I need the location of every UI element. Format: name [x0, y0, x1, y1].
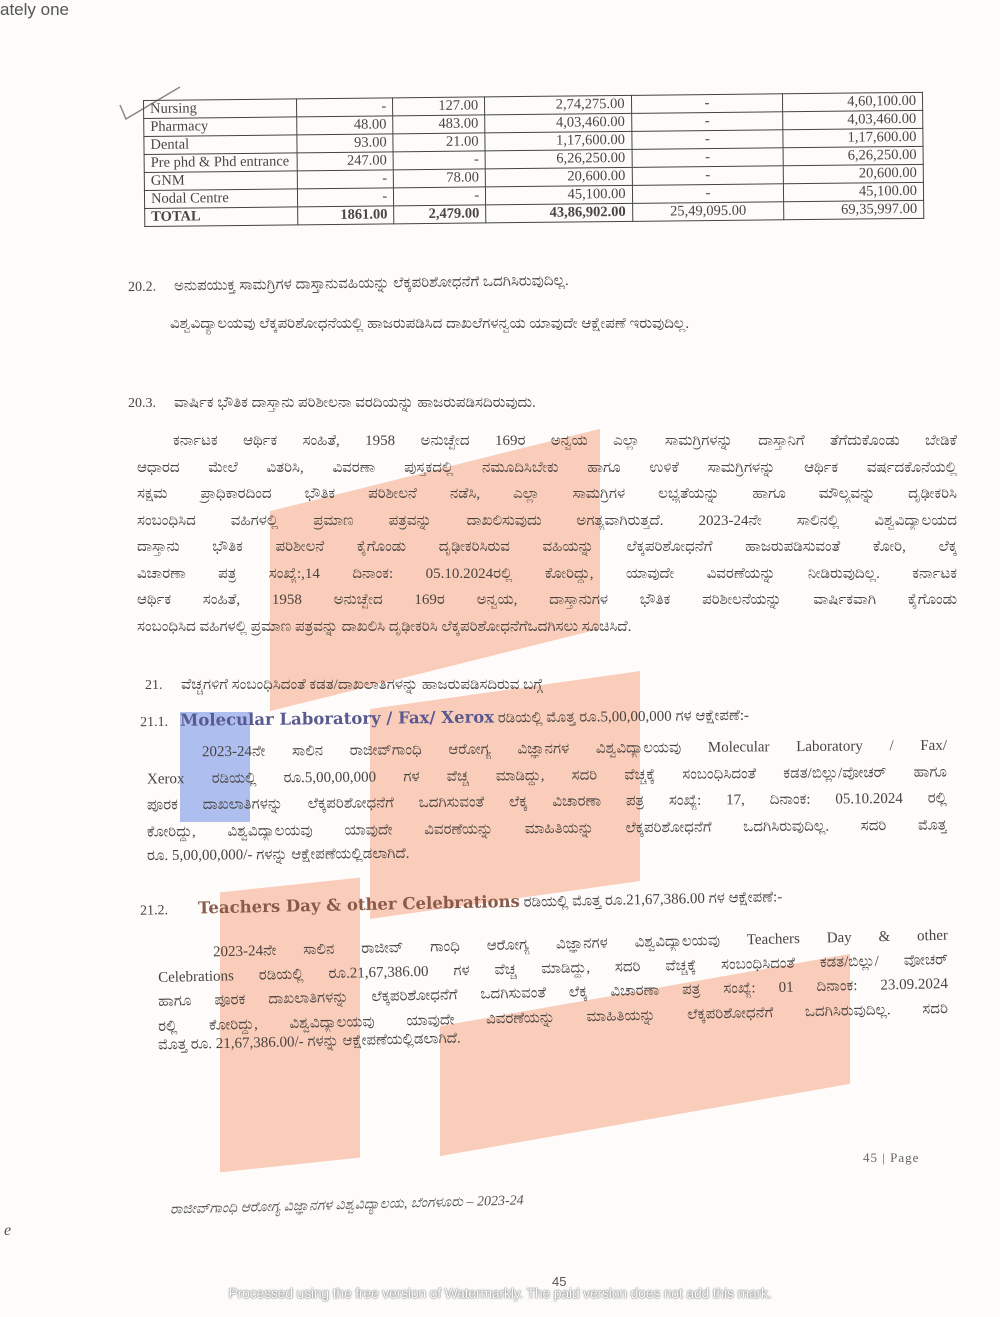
table-cell: 48.00 [297, 116, 393, 135]
paragraph-line: ಕೋರಿದ್ದು, ವಿಶ್ವವಿದ್ಯಾಲಯವು ಯಾವುದೇ ವಿವರಣೆಯ… [147, 816, 947, 841]
paragraph-line: ಪೂರಕ ದಾಖಲಾತಿಗಳನ್ನು ಲೆಕ್ಕಪರಿಶೋಧನೆಗೆ ಒದಗಿಸ… [147, 790, 947, 815]
table-cell: 1861.00 [298, 206, 394, 225]
section-21-1-heading: 21.1.Molecular Laboratory / Fax/ Xerox ರ… [140, 705, 749, 731]
table-cell: 45,100.00 [486, 185, 633, 205]
table-cell: - [632, 148, 784, 168]
paragraph-line: ಸಕ್ಷಮ ಪ್ರಾಧಿಕಾರದಿಂದ ಭೌತಿಕ ಪರಿಶೀಲನೆ ನಡೆಸಿ… [137, 485, 957, 503]
paragraph-line: ಆಧಾರದ ಮೇಲೆ ವಿತರಿಸಿ, ವಿವರಣಾ ಪುಸ್ತಕದಲ್ಲಿ ನ… [137, 459, 957, 477]
page-fragment-text: ately one [0, 0, 69, 20]
section-21-2-heading: 21.2.Teachers Day & other Celebrations ರ… [140, 886, 783, 919]
watermark-text: Processed using the free version of Wate… [0, 1285, 1000, 1301]
table-cell: 247.00 [297, 152, 393, 171]
section-21-heading: 21.ವೆಚ್ಚಗಳಿಗೆ ಸಂಬಂಧಿಸಿದಂತೆ ಕಡತ/ದಾಖಲಾತಿಗಳ… [145, 676, 543, 694]
table-cell: 4,60,100.00 [783, 92, 923, 111]
paragraph-line: ಕರ್ನಾಟಕ ಆರ್ಥಿಕ ಸಂಹಿತೆ, 1958 ಅನುಚ್ಛೇದ 169… [173, 432, 957, 450]
paragraph-line: ಸಂಬಂಧಿಸಿದ ವಹಿಗಳಲ್ಲಿ ಪ್ರಮಾಣ ಪತ್ರವನ್ನು ದಾಖ… [137, 512, 957, 530]
table-cell: TOTAL [145, 207, 298, 227]
table-cell: - [296, 98, 392, 117]
paragraph-line: Xerox ರಡಿಯಲ್ಲಿ ರೂ.5,00,00,000 ಗಳ ವೆಚ್ಚ ಮ… [147, 763, 947, 788]
table-cell: Nodal Centre [144, 189, 297, 209]
paragraph-line: 2023-24ನೇ ಸಾಲಿನ ರಾಜೀವ್‌ಗಾಂಧಿ ಆರೋಗ್ಯ ವಿಜ್… [202, 737, 947, 762]
table-cell: 21.00 [393, 133, 485, 152]
section-20-2-heading: 20.2.ಅನುಪಯುಕ್ತ ಸಾಮಗ್ರಿಗಳ ದಾಸ್ತಾನುವಹಿಯನ್ನ… [128, 272, 569, 296]
table-cell: GNM [144, 171, 297, 191]
edge-letter: e [4, 1222, 11, 1240]
table-cell: 43,86,902.00 [486, 203, 633, 223]
table-cell: 1,17,600.00 [485, 131, 632, 151]
table-cell: - [631, 94, 783, 114]
table-cell: 45,100.00 [784, 182, 924, 201]
table-cell: 483.00 [393, 115, 485, 134]
section-20-3-heading: 20.3.ವಾರ್ಷಿಕ ಭೌತಿಕ ದಾಸ್ತಾನು ಪರಿಶೀಲನಾ ವರದ… [128, 394, 536, 412]
paragraph-line: ವಿಚಾರಣಾ ಪತ್ರ ಸಂಖ್ಯೆ:,14 ದಿನಾಂಕ: 05.10.20… [137, 565, 957, 583]
paragraph-line: ದಾಸ್ತಾನು ಭೌತಿಕ ಪರಿಶೀಲನೆ ಕೈಗೊಂಡು ದೃಢೀಕರಿಸ… [137, 538, 957, 556]
table-cell: - [297, 188, 393, 207]
table-cell: - [632, 166, 784, 186]
table-cell: - [394, 187, 486, 206]
table-cell: 6,26,250.00 [783, 146, 923, 165]
table-cell: 2,479.00 [394, 205, 486, 224]
table-cell: 93.00 [297, 134, 393, 153]
table-cell: 127.00 [393, 97, 485, 116]
table-cell: Nursing [144, 99, 297, 119]
table-cell: Pharmacy [144, 117, 297, 137]
summary-table: Nursing-127.002,74,275.00-4,60,100.00Pha… [143, 92, 924, 227]
page-number-label: 45 | Page [863, 1150, 919, 1166]
table-cell: Dental [144, 135, 297, 155]
paragraph-line: ಸಂಬಂಧಿಸಿದ ವಹಿಗಳಲ್ಲಿ ಪ್ರಮಾಣ ಪತ್ರವನ್ನು ದಾಖ… [137, 618, 631, 636]
table-cell: 25,49,095.00 [632, 202, 784, 222]
table-cell: 2,74,275.00 [485, 95, 632, 115]
table-cell: 4,03,460.00 [783, 110, 923, 129]
table-cell: 1,17,600.00 [783, 128, 923, 147]
table-cell: - [631, 130, 783, 150]
table-cell: - [297, 170, 393, 189]
table-cell: - [632, 184, 784, 204]
footer-title: ರಾಜೀವ್‌ಗಾಂಧಿ ಆರೋಗ್ಯ ವಿಜ್ಞಾನಗಳ ವಿಶ್ವವಿದ್ಯ… [170, 1193, 524, 1218]
table-cell: - [393, 151, 485, 170]
table-cell: Pre phd & Phd entrance [144, 153, 297, 173]
table-cell: 69,35,997.00 [784, 200, 924, 219]
section-20-2-body: ವಿಶ್ವವಿದ್ಯಾಲಯವು ಲೆಕ್ಕಪರಿಶೋಧನೆಯಲ್ಲಿ ಹಾಜರು… [170, 315, 689, 333]
table-cell: 20,600.00 [784, 164, 924, 183]
paragraph-line: ರೂ. 5,00,00,000/- ಗಳನ್ನು ಆಕ್ಷೇಪಣೆಯಲ್ಲಿಡಲ… [147, 845, 410, 865]
table-cell: 20,600.00 [485, 167, 632, 187]
table-cell: - [631, 112, 783, 132]
table-cell: 6,26,250.00 [485, 149, 632, 169]
table-cell: 4,03,460.00 [485, 113, 632, 133]
table-cell: 78.00 [393, 169, 485, 188]
paragraph-line: ಆರ್ಥಿಕ ಸಂಹಿತೆ, 1958 ಅನುಚ್ಛೇದ 169ರ ಅನ್ವಯ,… [137, 591, 957, 609]
